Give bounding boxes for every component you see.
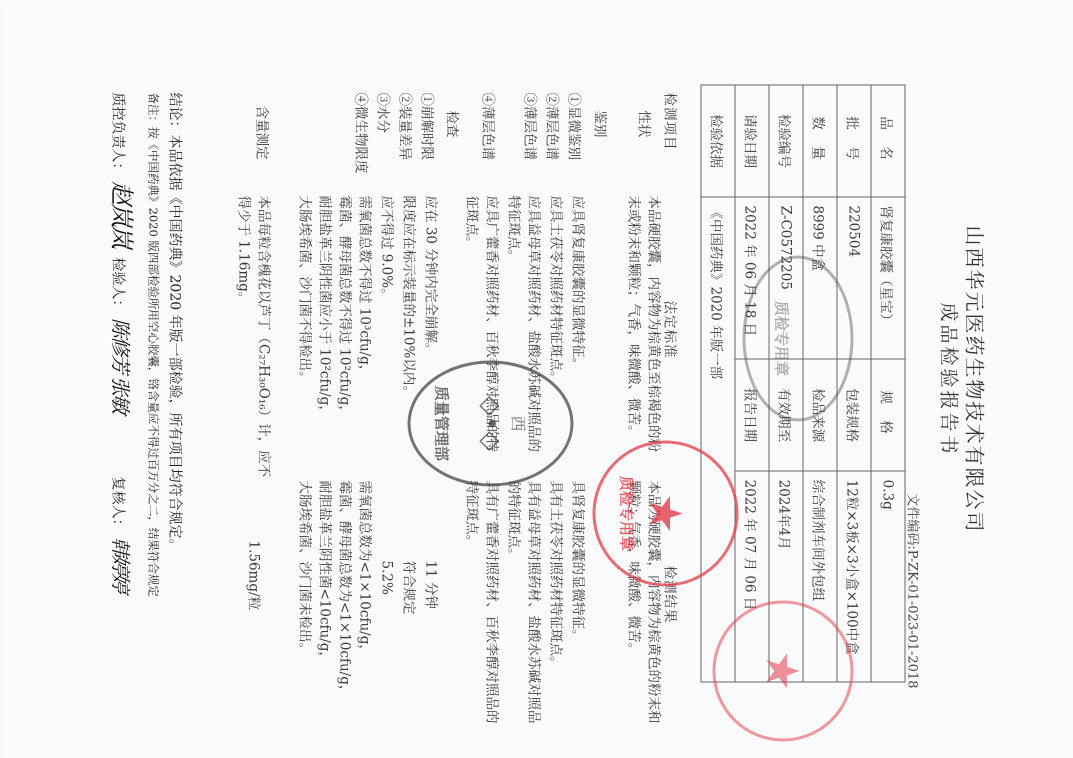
test-item-name: ③薄层色谱	[521, 92, 541, 160]
identification-label: 鉴别	[591, 110, 611, 137]
test-item-standard: 应具肾复康胶囊的显微特征。	[567, 195, 587, 371]
inspection-label: 检查	[443, 110, 463, 137]
test-item-name: ④微生物限度	[352, 92, 372, 173]
assay-result: 1.56mg/粒	[243, 540, 263, 610]
test-item-standard: 需氧菌总数不得过 10³cfu/g，霉菌、酵母菌总数不得过 10²cfu/g，耐…	[294, 195, 374, 418]
batch-no: 220504	[837, 197, 871, 359]
signature-line: 质控负责人： 赵岚岚 检验人： 陈修芳 张敏 复核人： 韩婷婷	[106, 92, 141, 591]
expiry-date: 2024年4月	[769, 471, 803, 682]
test-item-result: 符合规定	[398, 560, 418, 614]
reviewer-signature: 韩婷婷	[108, 537, 132, 591]
character-result: 本品为硬胶囊，内容物为棕黄色的粉末和 颗粒；气香，味微酸、微苦。	[623, 480, 663, 723]
test-item-name: ①显微鉴别	[565, 92, 585, 160]
sample-source: 综合制剂车间外包组	[803, 471, 837, 682]
test-item-name: ④薄层色谱	[479, 92, 499, 160]
report-page: 山西华元医药生物技术有限公司 成品检验报告书 文件编码:P-ZK-01-023-…	[0, 0, 1073, 758]
product-info-table: 品 名 肾复康胶囊（星宝） 规 格 0.3g 批 号 220504 包装规格 1…	[700, 84, 905, 682]
conclusion-note: 备注：按《中国药典》2020 版四部检验所用空心胶囊，铬含量应不得过百万分之二，…	[145, 92, 161, 596]
test-basis: 《中国药典》2020 年版一部	[701, 197, 735, 682]
company-name: 山西华元医药生物技术有限公司	[961, 0, 990, 758]
test-item-result: 具有广藿香对照药材、百秋李醇对照品的特征斑点。	[461, 480, 501, 723]
test-item-name: ③水分	[374, 92, 394, 133]
inspector-signature: 陈修芳 张敏	[108, 317, 132, 411]
test-item-result: 具肾复康胶囊的显微特征。	[567, 480, 587, 642]
qc-signature: 赵岚岚	[107, 180, 135, 246]
test-item-name: ②装量差异	[396, 92, 416, 160]
test-item-result: 具有益母草对照药材、盐酸水苏碱对照品的特征斑点。	[503, 480, 543, 723]
test-number: Z-C0572205	[769, 197, 803, 359]
test-item-result: 需氧菌总数为<1×10cfu/g，霉菌、酵母菌总数为<1×10cfu/g，耐胆盐…	[294, 480, 374, 698]
package-spec: 12粒×3板×3小盒×100中盒	[837, 471, 871, 682]
quantity: 8999 中盒	[803, 197, 837, 359]
test-item-result: 11 分钟	[420, 560, 440, 608]
character-standard: 本品硬胶囊，内容物为棕黄色至棕褐色的粉 末或粉末和颗粒；气香，味微酸、微苦。	[623, 195, 663, 452]
col-result-heading: 检测结果	[661, 565, 681, 623]
test-item-result: 5.2%	[376, 560, 396, 594]
test-item-result: 具有土茯苓对照药材特征斑点。	[545, 480, 565, 669]
report-title: 成品检验报告书	[936, 0, 963, 758]
conclusion-text: 结论：本品依据《中国药典》2020 年版一部检验，所有项目均符合规定。	[165, 92, 185, 552]
assay-standard: 本品每粒含槐花以芦丁（C₂₇H₃₀O₁₆）计，应不 得少于 1.16mg。	[233, 195, 273, 477]
report-date: 2022 年 07 月 06 日	[735, 471, 769, 682]
document-number: 文件编码:P-ZK-01-023-01-2018	[904, 493, 923, 688]
request-date: 2022 年 06 月 18 日	[735, 197, 769, 359]
test-item-standard: 应不得过 9.0%。	[376, 195, 396, 301]
test-item-standard: 应在 30 分钟内完全崩解。	[420, 195, 440, 356]
spec: 0.3g	[871, 471, 905, 682]
test-item-standard: 限度应在标示装量的±10%以内。	[398, 195, 418, 398]
test-item-standard: 应具益母草对照药材、盐酸水苏碱对照品的特征斑点。	[503, 195, 543, 452]
test-item-name: ②薄层色谱	[543, 92, 563, 160]
test-item-standard: 应具广藿香对照药材、百秋李醇对照品的特征斑点。	[461, 195, 501, 452]
col-standard-heading: 法定标准	[661, 300, 681, 358]
col-item-heading: 检测项目	[661, 92, 681, 150]
character-label: 性状	[635, 110, 655, 137]
product-name: 肾复康胶囊（星宝）	[871, 197, 905, 359]
test-item-standard: 应具土茯苓对照药材特征斑点。	[545, 195, 565, 384]
test-item-name: ①崩解时限	[418, 92, 438, 160]
assay-label: 含量测定	[253, 105, 273, 159]
